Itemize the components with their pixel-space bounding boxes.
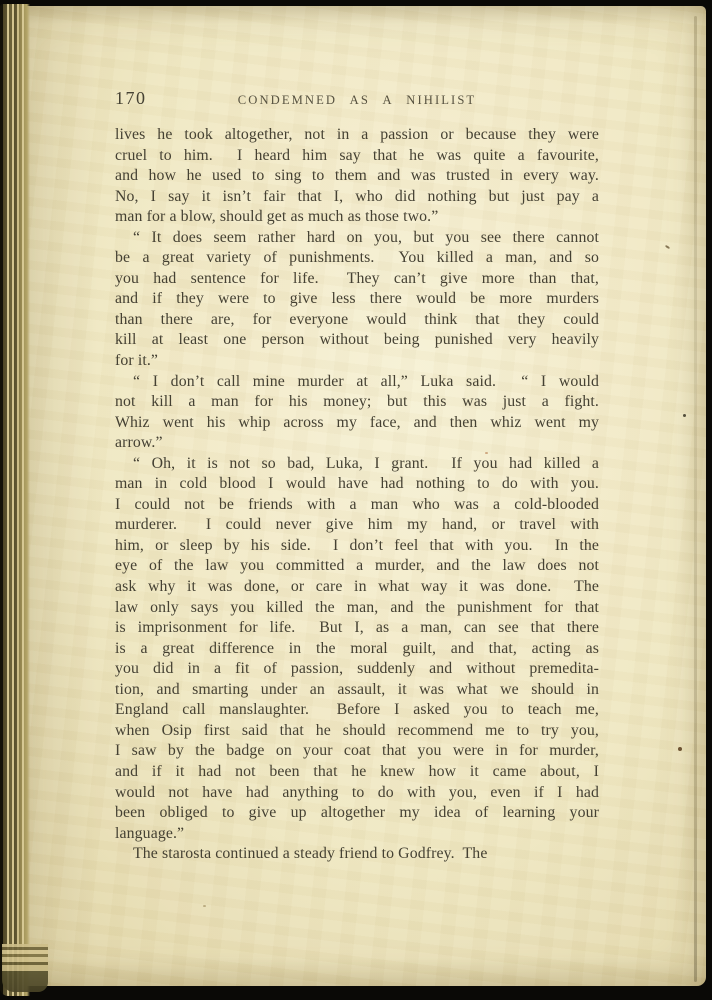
text-line: cruel to him. I heard him say that he wa… <box>115 146 599 167</box>
page-number: 170 <box>115 88 147 109</box>
running-title: CONDEMNED AS A NIHILIST <box>115 88 599 108</box>
text-line: tion, and smarting under an assault, it … <box>115 680 599 701</box>
text-line: arrow.” <box>115 433 599 454</box>
text-line: and if it had not been that he knew how … <box>115 762 599 783</box>
text-line: “ It does seem rather hard on you, but y… <box>115 228 599 249</box>
text-line: man for a blow, should get as much as th… <box>115 207 599 228</box>
text-line: been obliged to give up altogether my id… <box>115 803 599 824</box>
paper-speck <box>683 414 686 417</box>
paragraph: “ Oh, it is not so bad, Luka, I grant. I… <box>115 454 599 844</box>
text-line: Whiz went his whip across my face, and t… <box>115 413 599 434</box>
page-stack-corner <box>2 896 48 992</box>
text-line: language.” <box>115 824 599 845</box>
text-line: and if they were to give less there woul… <box>115 289 599 310</box>
text-line: murderer. I could never give him my hand… <box>115 515 599 536</box>
paragraph: The starosta continued a steady friend t… <box>115 844 599 865</box>
text-line: lives he took altogether, not in a passi… <box>115 125 599 146</box>
text-line: and how he used to sing to them and was … <box>115 166 599 187</box>
paragraph: “ I don’t call mine murder at all,” Luka… <box>115 372 599 454</box>
text-line: is imprisonment for life. But I, as a ma… <box>115 618 599 639</box>
text-line: I could not be friends with a man who wa… <box>115 495 599 516</box>
text-line: “ Oh, it is not so bad, Luka, I grant. I… <box>115 454 599 475</box>
text-line: is a great difference in the moral guilt… <box>115 639 599 660</box>
scanner-background: 170 CONDEMNED AS A NIHILIST lives he too… <box>0 0 712 1000</box>
paper-speck <box>678 747 682 751</box>
body-text: lives he took altogether, not in a passi… <box>115 125 599 865</box>
text-line: when Osip first said that he should reco… <box>115 721 599 742</box>
paper-speck <box>203 905 206 907</box>
page-edge-crease <box>694 16 697 982</box>
text-line: for it.” <box>115 351 599 372</box>
text-line: No, I say it isn’t fair that I, who did … <box>115 187 599 208</box>
text-line: you had sentence for life. They can’t gi… <box>115 269 599 290</box>
text-line: I saw by the badge on your coat that you… <box>115 741 599 762</box>
text-line: ask why it was done, or care in what way… <box>115 577 599 598</box>
text-line: law only says you killed the man, and th… <box>115 598 599 619</box>
text-line: not kill a man for his money; but this w… <box>115 392 599 413</box>
text-line: would not have had anything to do with y… <box>115 783 599 804</box>
text-line: than there are, for everyone would think… <box>115 310 599 331</box>
text-line: him, or sleep by his side. I don’t feel … <box>115 536 599 557</box>
text-line: England call manslaughter. Before I aske… <box>115 700 599 721</box>
text-line: The starosta continued a steady friend t… <box>115 844 599 865</box>
page-header: 170 CONDEMNED AS A NIHILIST <box>115 88 599 108</box>
paragraph: lives he took altogether, not in a passi… <box>115 125 599 228</box>
text-line: kill at least one person without being p… <box>115 330 599 351</box>
paper-speck <box>665 245 670 250</box>
text-line: be a great variety of punishments. You k… <box>115 248 599 269</box>
text-line: man in cold blood I would have had nothi… <box>115 474 599 495</box>
text-line: eye of the law you committed a murder, a… <box>115 556 599 577</box>
text-line: “ I don’t call mine murder at all,” Luka… <box>115 372 599 393</box>
text-line: you did in a fit of passion, suddenly an… <box>115 659 599 680</box>
spine-page-edges <box>0 4 30 996</box>
paragraph: “ It does seem rather hard on you, but y… <box>115 228 599 372</box>
